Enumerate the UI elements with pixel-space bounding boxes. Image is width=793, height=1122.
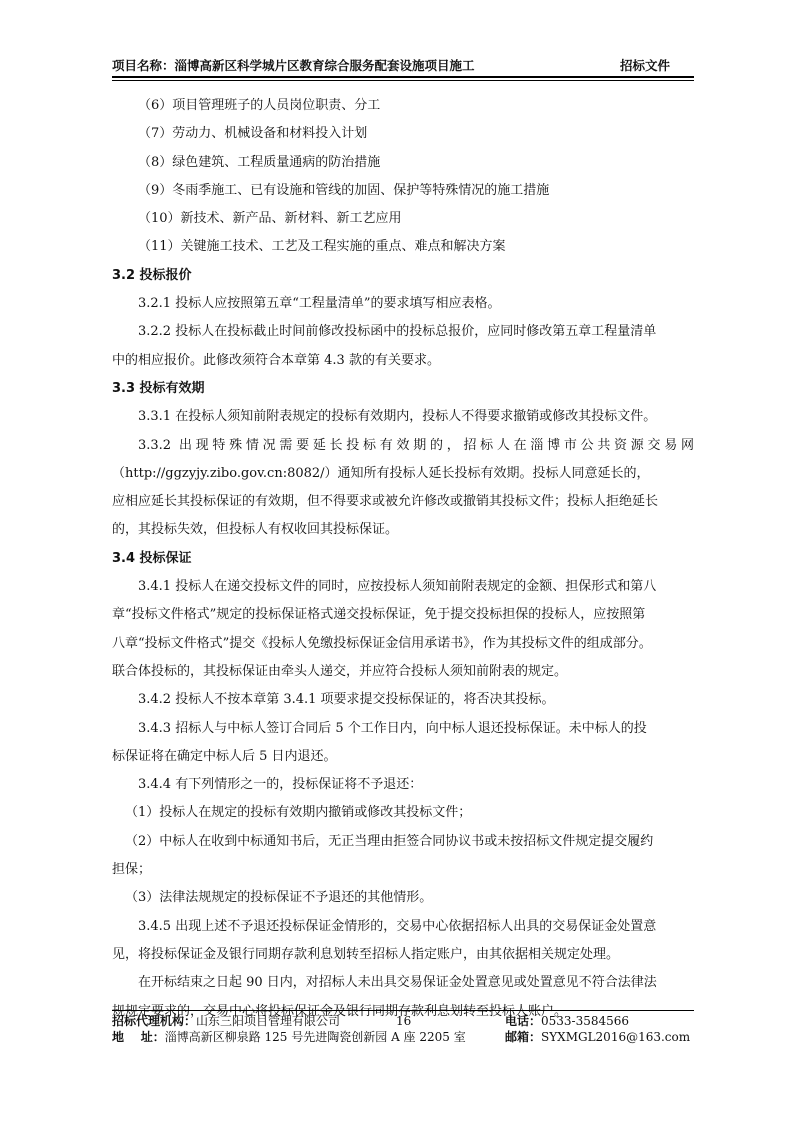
project-name: 项目名称：淄博高新区科学城片区教育综合服务配套设施项目施工: [112, 56, 475, 74]
paragraph-3-4-3: 3.4.3 招标人与中标人签订合同后 5 个工作日内，向中标人退还投标保证。未中…: [112, 715, 694, 743]
page-footer: 招标代理机构：山东三阳项目管理有限公司 16 电话：0533-3584566 地…: [112, 1013, 694, 1045]
footer-rule: [112, 1010, 694, 1011]
agency-label: 招标代理机构：: [112, 1014, 196, 1028]
email-label: 邮箱：: [505, 1030, 541, 1044]
list-item: （11）关键施工技术、工艺及工程实施的重点、难点和解决方案: [112, 233, 694, 261]
list-item: （3）法律法规规定的投标保证不予退还的其他情形。: [112, 884, 694, 912]
paragraph-3-4-5-cont: 见，将投标保证金及银行同期存款利息划转至招标人指定账户，由其依据相关规定处理。: [112, 941, 694, 969]
address-label: 地 址：: [112, 1030, 165, 1044]
list-item: （7）劳动力、机械设备和材料投入计划: [112, 120, 694, 148]
list-item: （10）新技术、新产品、新材料、新工艺应用: [112, 205, 694, 233]
section-heading-3-4: 3.4 投标保证: [112, 545, 694, 573]
phone-number: 0533-3584566: [541, 1014, 629, 1028]
list-item: （6）项目管理班子的人员岗位职责、分工: [112, 92, 694, 120]
list-item: （9）冬雨季施工、已有设施和管线的加固、保护等特殊情况的施工措施: [112, 177, 694, 205]
paragraph-3-4-1-cont: 章“投标文件格式”规定的投标保证格式递交投标保证，免于提交投标担保的投标人，应按…: [112, 601, 694, 629]
paragraph-3-3-1: 3.3.1 在投标人须知前附表规定的投标有效期内，投标人不得要求撤销或修改其投标…: [112, 403, 694, 431]
paragraph-3-3-2-cont: 的，其投标失效，但投标人有权收回其投标保证。: [112, 516, 694, 544]
document-type: 招标文件: [620, 56, 670, 74]
agency-name: 山东三阳项目管理有限公司: [196, 1014, 340, 1028]
address: 淄博高新区柳泉路 125 号先进陶瓷创新园 A 座 2205 室: [165, 1030, 466, 1044]
header-rule-thick: [112, 76, 694, 78]
paragraph-3-3-2-cont: （http://ggzyjy.zibo.gov.cn:8082/）通知所有投标人…: [112, 460, 694, 488]
paragraph-3-4-1-cont: 八章“投标文件格式”提交《投标人免缴投标保证金信用承诺书》，作为其投标文件的组成…: [112, 630, 694, 658]
paragraph-3-4-2: 3.4.2 投标人不按本章第 3.4.1 项要求提交投标保证的，将否决其投标。: [112, 686, 694, 714]
paragraph-final: 在开标结束之日起 90 日内，对招标人未出具交易保证金处置意见或处置意见不符合法…: [112, 969, 694, 997]
phone-label: 电话：: [505, 1014, 541, 1028]
document-body: （6）项目管理班子的人员岗位职责、分工 （7）劳动力、机械设备和材料投入计划 （…: [112, 92, 694, 1026]
paragraph-3-4-1: 3.4.1 投标人在递交投标文件的同时，应按投标人须知前附表规定的金额、担保形式…: [112, 573, 694, 601]
header-rule-thin: [112, 80, 694, 81]
page-header: 项目名称：淄博高新区科学城片区教育综合服务配套设施项目施工 招标文件: [112, 56, 694, 76]
paragraph-3-4-1-cont: 联合体投标的，其投标保证由牵头人递交，并应符合投标人须知前附表的规定。: [112, 658, 694, 686]
paragraph-3-3-2: 3.3.2 出现特殊情况需要延长投标有效期的，招标人在淄博市公共资源交易网: [112, 432, 694, 460]
list-item-cont: 担保；: [112, 856, 694, 884]
list-item: （8）绿色建筑、工程质量通病的防治措施: [112, 149, 694, 177]
paragraph-3-3-2-cont: 应相应延长其投标保证的有效期，但不得要求或被允许修改或撤销其投标文件；投标人拒绝…: [112, 488, 694, 516]
paragraph-3-4-5: 3.4.5 出现上述不予退还投标保证金情形的，交易中心依据招标人出具的交易保证金…: [112, 913, 694, 941]
section-heading-3-2: 3.2 投标报价: [112, 262, 694, 290]
paragraph-3-4-3-cont: 标保证将在确定中标人后 5 日内退还。: [112, 743, 694, 771]
page-number: 16: [396, 1013, 411, 1029]
paragraph-3-4-4: 3.4.4 有下列情形之一的，投标保证将不予退还：: [112, 771, 694, 799]
section-heading-3-3: 3.3 投标有效期: [112, 375, 694, 403]
list-item: （2）中标人在收到中标通知书后，无正当理由拒签合同协议书或未按招标文件规定提交履…: [112, 828, 694, 856]
paragraph-3-2-2-cont: 中的相应报价。此修改须符合本章第 4.3 款的有关要求。: [112, 347, 694, 375]
paragraph-3-2-1: 3.2.1 投标人应按照第五章“工程量清单”的要求填写相应表格。: [112, 290, 694, 318]
email: SYXMGL2016@163.com: [541, 1030, 690, 1044]
list-item: （1）投标人在规定的投标有效期内撤销或修改其投标文件；: [112, 799, 694, 827]
paragraph-3-2-2: 3.2.2 投标人在投标截止时间前修改投标函中的投标总报价，应同时修改第五章工程…: [112, 318, 694, 346]
